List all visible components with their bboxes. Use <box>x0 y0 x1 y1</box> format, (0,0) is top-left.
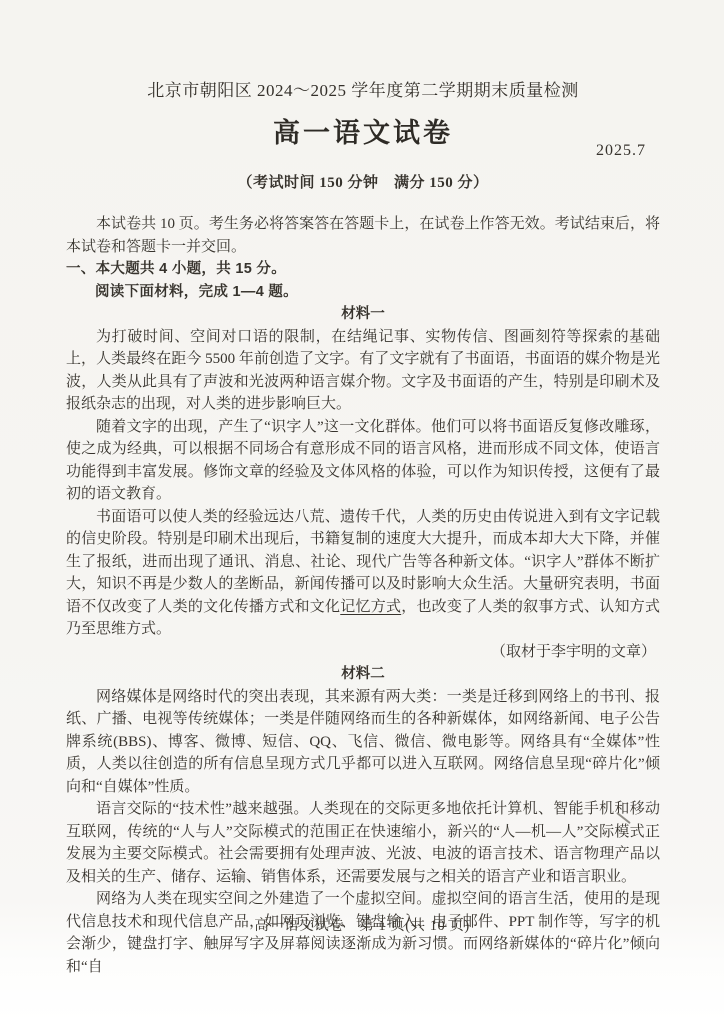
section-one-heading: 一、本大题共 4 小题，共 15 分。 <box>66 258 660 281</box>
material-one-paragraph-1: 为打破时间、空间对口语的限制，在结绳记事、实物传信、图画刻符等探索的基础上，人类… <box>66 326 660 416</box>
material-one-paragraph-2: 随着文字的出现，产生了“识字人”这一文化群体。他们可以将书面语反复修改雕琢，使之… <box>66 416 660 506</box>
exam-notice: 本试卷共 10 页。考生务必将答案答在答题卡上，在试卷上作答无效。考试结束后，将… <box>66 213 660 258</box>
exam-date: 2025.7 <box>596 142 646 160</box>
material-one-heading: 材料一 <box>66 303 660 326</box>
page-content: 北京市朝阳区 2024～2025 学年度第二学期期末质量检测 高一语文试卷 20… <box>66 76 660 978</box>
underlined-term: 记忆方式 <box>340 599 401 615</box>
title-row: 高一语文试卷 2025.7 <box>66 110 660 156</box>
page-footer: 高一语文试卷 第 1 页(共 10 页) <box>0 914 724 935</box>
material-two-paragraph-1: 网络媒体是网络时代的突出表现，其来源有两大类：一类是迁移到网络上的书刊、报纸、广… <box>66 686 660 799</box>
material-one-source: （取材于李宇明的文章） <box>66 641 660 664</box>
exam-district-header: 北京市朝阳区 2024～2025 学年度第二学期期末质量检测 <box>66 76 660 101</box>
exam-paper-page: 北京市朝阳区 2024～2025 学年度第二学期期末质量检测 高一语文试卷 20… <box>0 0 724 1024</box>
material-two-heading: 材料二 <box>66 663 660 686</box>
reading-instruction: 阅读下面材料，完成 1—4 题。 <box>66 281 660 304</box>
material-two-paragraph-2: 语言交际的“技术性”越来越强。人类现在的交际更多地依托计算机、智能手机和移动互联… <box>66 798 660 888</box>
material-one-paragraph-3: 书面语可以使人类的经验远达八荒、遗传千代，人类的历史由传说进入到有文字记载的信史… <box>66 506 660 641</box>
exam-body: 本试卷共 10 页。考生务必将答案答在答题卡上，在试卷上作答无效。考试结束后，将… <box>66 213 660 978</box>
exam-time-score-info: （考试时间 150 分钟 满分 150 分） <box>66 171 660 192</box>
page-title: 高一语文试卷 <box>66 110 660 156</box>
